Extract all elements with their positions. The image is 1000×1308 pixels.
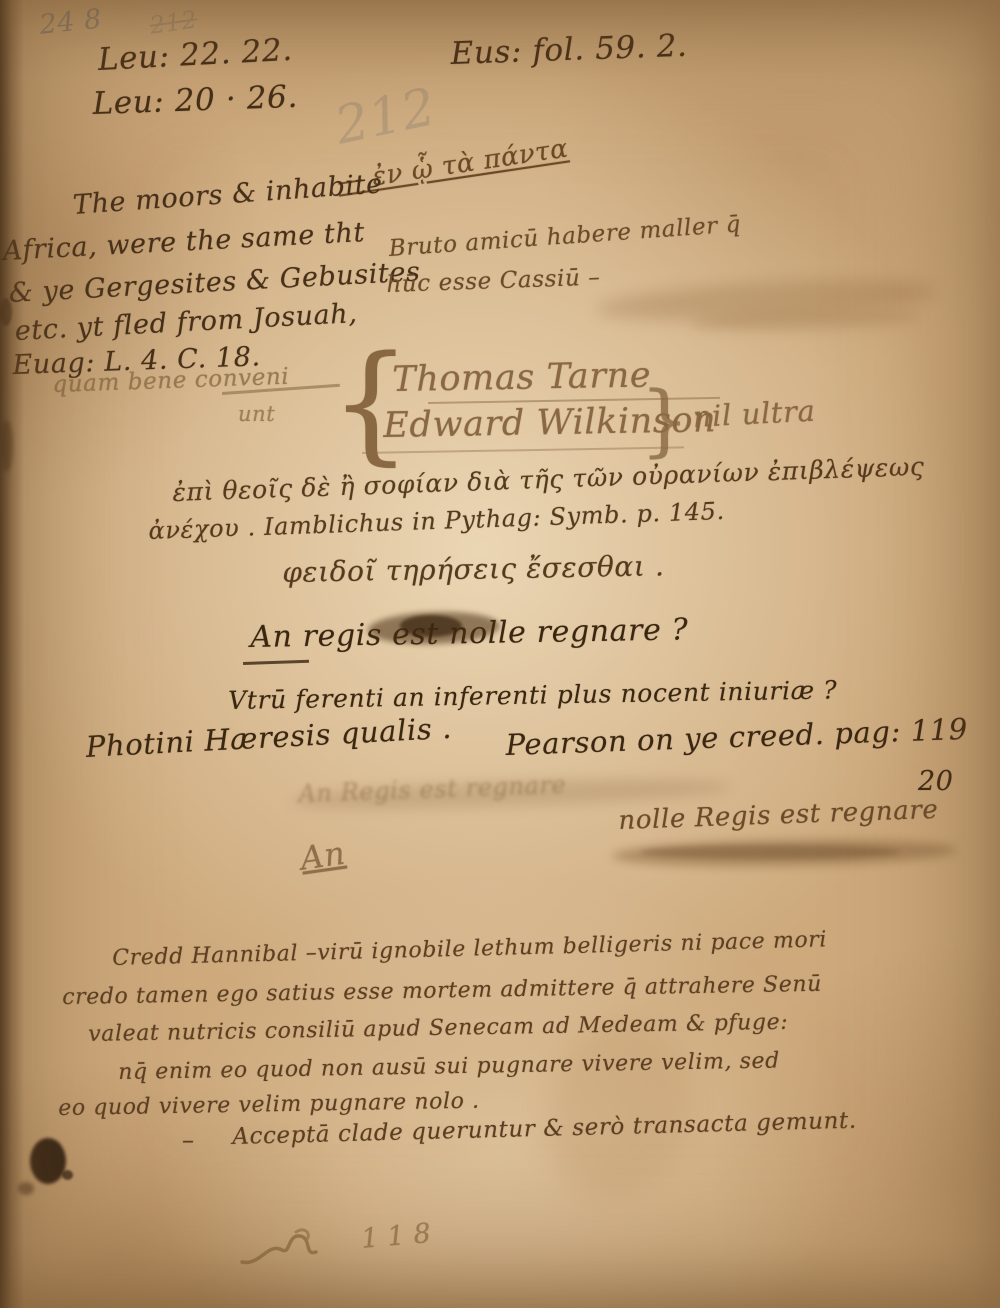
motto-nil-ultra: nil ultra [692, 394, 816, 434]
smear-under-nolle-core [640, 845, 900, 859]
moors-note-line-3: & ye Gergesites & Gebusites [8, 256, 421, 309]
question-photinus: Photini Hæresis qualis . [85, 711, 453, 764]
hannibal-line-5: eo quod vivere velim pugnare nolo . [58, 1089, 480, 1121]
hannibal-line-2: credo tamen ego satius esse mortem admit… [62, 972, 822, 1010]
manuscript-page: 24 8 212 212 Leu: 22. 22. Leu: 20 · 26. … [0, 0, 1000, 1308]
binding-edge-shadow [0, 0, 24, 1308]
owner-name-thomas-tarne: Thomas Tarne [392, 355, 651, 400]
hannibal-line-1: Credd Hannibal –virū ignobile lethum bel… [112, 927, 827, 971]
faded-latin-line-2: unt [238, 402, 275, 426]
greek-quote-line-1: ἐπὶ θεοῖς δὲ ἢ σοφίαν διὰ τῆς τῶν οὐρανί… [172, 452, 925, 507]
hannibal-dash: – [182, 1126, 195, 1154]
nolle-regis-line: nolle Regis est regnare [618, 795, 939, 836]
smear-under-nolle [612, 837, 957, 869]
stain-smear-upper-right-2 [690, 306, 921, 334]
stain-smear-upper-right [595, 273, 936, 327]
pencil-foliation-corner: 24 8 [38, 3, 103, 40]
footer-scribble [238, 1222, 358, 1270]
brutus-note-line-1: Bruto amicū habere maller q̄ [388, 211, 742, 262]
question-regnare: An regis est nolle regnare ? [250, 612, 689, 655]
ref-leviticus-2: Leu: 20 · 26. [92, 79, 298, 122]
greek-quote-line-3: φειδοῖ τηρήσεις ἔσεσθαι . [282, 549, 665, 589]
moors-note-line-1: The moors & inhabite [72, 168, 384, 221]
ref-eusebius: Eus: fol. 59. 2. [450, 28, 688, 72]
hannibal-line-3: valeat nutricis consiliū apud Senecam ad… [88, 1010, 788, 1047]
an-scribble: An [298, 834, 348, 878]
hannibal-line-4: nq̄ enim eo quod non ausū sui pugnare vi… [118, 1048, 780, 1085]
question-iniuriae: Vtrū ferenti an inferenti plus nocent in… [228, 675, 837, 715]
ref-leviticus-1: Leu: 22. 22. [97, 32, 293, 78]
pearson-reference: Pearson on ye creed. pag: 119 [505, 712, 968, 762]
pearson-page-2: 20 [918, 766, 954, 797]
moors-note-line-2: Africa, were the same tht [2, 217, 366, 267]
footer-number: 118 [360, 1217, 441, 1255]
ink-blot-bottom-left [30, 1138, 66, 1184]
ink-blot-bottom-left-2 [62, 1170, 73, 1180]
question-underline [243, 660, 309, 665]
ghost-line-erased: An Regis est regnare [298, 771, 567, 808]
pencil-foliation-struck: 212 [148, 5, 199, 39]
close-brace-glyph: } [640, 382, 690, 460]
pencil-foliation-center: 212 [330, 77, 441, 157]
